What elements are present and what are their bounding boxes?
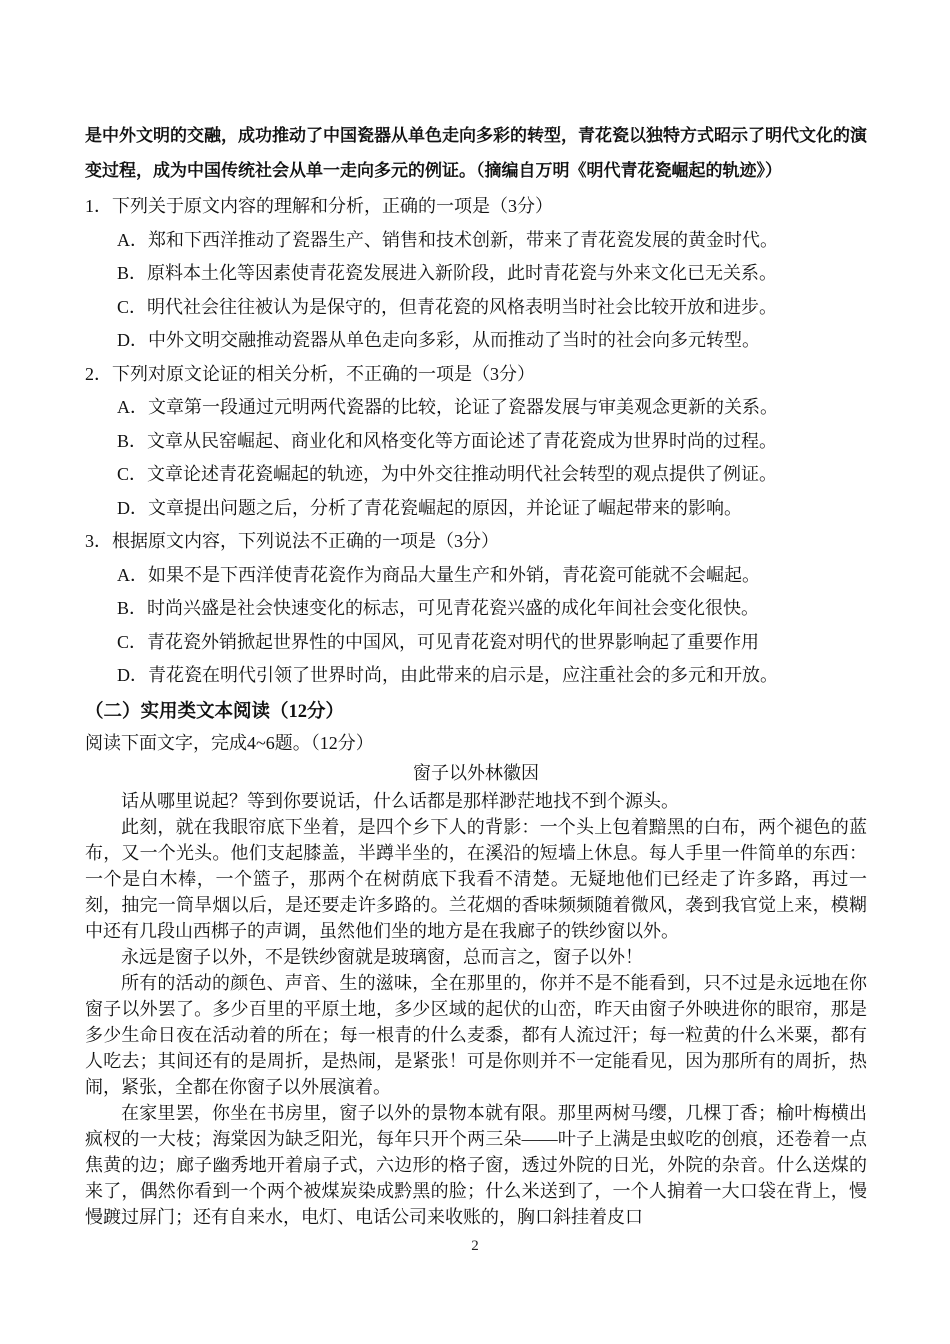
passage-paragraph-1: 话从哪里说起？等到你要说话，什么话都是那样渺茫地找不到个源头。	[85, 788, 867, 814]
passage-paragraph-4: 所有的活动的颜色、声音、生的滋味，全在那里的，你并不是不能看到，只不过是永远地在…	[85, 970, 867, 1100]
question-block: 1．下列关于原文内容的理解和分析，正确的一项是（3分） A．郑和下西洋推动了瓷器…	[85, 190, 867, 693]
passage-paragraph-3: 永远是窗子以外，不是铁纱窗就是玻璃窗，总而言之，窗子以外！	[85, 944, 867, 970]
passage-paragraph-5: 在家里罢，你坐在书房里，窗子以外的景物本就有限。那里两树马缨，几棵丁香；榆叶梅横…	[85, 1100, 867, 1230]
question-2-option-b: B．文章从民窑崛起、商业化和风格变化等方面论述了青花瓷成为世界时尚的过程。	[85, 425, 867, 459]
question-1-option-b: B．原料本土化等因素使青花瓷发展进入新阶段，此时青花瓷与外来文化已无关系。	[85, 257, 867, 291]
question-3-option-c: C．青花瓷外销掀起世界性的中国风，可见青花瓷对明代的世界影响起了重要作用	[85, 626, 867, 660]
page-content: 是中外文明的交融，成功推动了中国瓷器从单色走向多彩的转型，青花瓷以独特方式昭示了…	[85, 118, 867, 1230]
passage-body: 话从哪里说起？等到你要说话，什么话都是那样渺茫地找不到个源头。 此刻，就在我眼帘…	[85, 788, 867, 1230]
passage-title-line: 窗子以外林徽因	[85, 758, 867, 788]
question-3-stem: 3．根据原文内容，下列说法不正确的一项是（3分）	[85, 525, 867, 559]
question-1-option-d: D．中外文明交融推动瓷器从单色走向多彩，从而推动了当时的社会向多元转型。	[85, 324, 867, 358]
question-1-option-c: C．明代社会往往被认为是保守的，但青花瓷的风格表明当时社会比较开放和进步。	[85, 291, 867, 325]
passage-title: 窗子以外	[413, 763, 485, 783]
passage-paragraph-2: 此刻，就在我眼帘底下坐着，是四个乡下人的背影：一个头上包着黯黑的白布，两个褪色的…	[85, 814, 867, 944]
question-2-option-a: A．文章第一段通过元明两代瓷器的比较，论证了瓷器发展与审美观念更新的关系。	[85, 391, 867, 425]
section-2-instruction: 阅读下面文字，完成4~6题。（12分）	[85, 728, 867, 758]
question-2-stem: 2．下列对原文论证的相关分析，不正确的一项是（3分）	[85, 358, 867, 392]
passage-author: 林徽因	[485, 763, 539, 783]
question-3-option-b: B．时尚兴盛是社会快速变化的标志，可见青花瓷兴盛的成化年间社会变化很快。	[85, 592, 867, 626]
passage-continuation-text: 是中外文明的交融，成功推动了中国瓷器从单色走向多彩的转型，青花瓷以独特方式昭示了…	[85, 118, 867, 188]
page-number: 2	[0, 1238, 950, 1255]
question-3-option-a: A．如果不是下西洋使青花瓷作为商品大量生产和外销，青花瓷可能就不会崛起。	[85, 559, 867, 593]
question-2-option-c: C．文章论述青花瓷崛起的轨迹，为中外交往推动明代社会转型的观点提供了例证。	[85, 458, 867, 492]
question-2-option-d: D．文章提出问题之后，分析了青花瓷崛起的原因，并论证了崛起带来的影响。	[85, 492, 867, 526]
question-1: 1．下列关于原文内容的理解和分析，正确的一项是（3分） A．郑和下西洋推动了瓷器…	[85, 190, 867, 358]
question-1-option-a: A．郑和下西洋推动了瓷器生产、销售和技术创新，带来了青花瓷发展的黄金时代。	[85, 224, 867, 258]
question-3: 3．根据原文内容，下列说法不正确的一项是（3分） A．如果不是下西洋使青花瓷作为…	[85, 525, 867, 693]
exam-page: 是中外文明的交融，成功推动了中国瓷器从单色走向多彩的转型，青花瓷以独特方式昭示了…	[0, 0, 950, 1344]
question-1-stem: 1．下列关于原文内容的理解和分析，正确的一项是（3分）	[85, 190, 867, 224]
section-2-heading: （二）实用类文本阅读（12分）	[85, 696, 867, 728]
question-3-option-d: D．青花瓷在明代引领了世界时尚，由此带来的启示是，应注重社会的多元和开放。	[85, 659, 867, 693]
question-2: 2．下列对原文论证的相关分析，不正确的一项是（3分） A．文章第一段通过元明两代…	[85, 358, 867, 526]
